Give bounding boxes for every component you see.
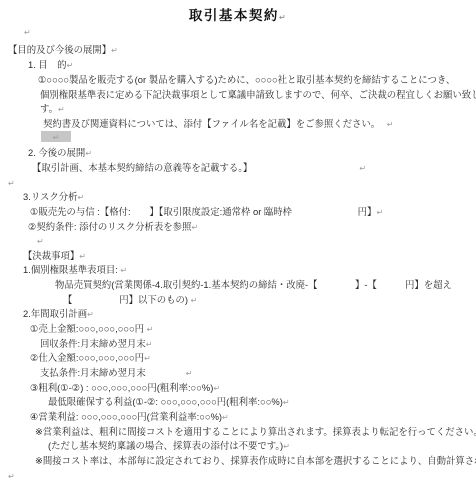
doc-line: ※営業利益は、粗利に間接コストを適用することにより算出されます。採算表より転記を…	[35, 426, 476, 439]
doc-line-text: (ただし基本契約稟議の場合、採算表の添付は不要です。)	[48, 440, 283, 451]
doc-line: ②仕入金額:○○○,○○○,○○○円↵	[30, 352, 151, 365]
page-title-text: 取引基本契約	[189, 8, 279, 23]
paragraph-mark-icon: ↵	[191, 223, 198, 232]
doc-line: 【 円】以下のもの) ↵	[63, 294, 197, 307]
doc-line-text: 【決裁事項】	[23, 250, 79, 261]
document-page: 取引基本契約↵ ↵ 【目的及び今後の展開】↵ 1. 目 的↵ ①○○○○製品を販…	[0, 0, 476, 479]
doc-line: 1.個別権限基準表項目: ↵	[23, 264, 127, 277]
paragraph-mark-icon: ↵	[120, 266, 127, 275]
doc-line: ①売上金額:○○○,○○○,○○○円 ↵	[30, 323, 153, 336]
doc-line-text: ※間接コスト率は、本部毎に設定されており、採算表作成時に自本部を選択することによ…	[35, 455, 476, 466]
highlighted-placeholder-field[interactable]: ↵	[41, 131, 71, 142]
doc-line-text: ④営業利益: ○○○,○○○,○○○円(営業利益率:○○%)	[30, 411, 222, 422]
paragraph-mark-icon: ↵	[144, 354, 151, 363]
doc-line: ↵	[37, 235, 44, 248]
doc-line-text: 回収条件:月末締め翌月末	[40, 338, 146, 349]
doc-line: す。↵	[40, 103, 65, 116]
paragraph-mark-icon: ↵	[8, 472, 15, 479]
doc-line: 物品売買契約(営業関係-4.取引契約-1.基本契約の締結・改廃-【 】-【 円】…	[55, 279, 452, 291]
doc-line: ④営業利益: ○○○,○○○,○○○円(営業利益率:○○%)↵	[30, 411, 229, 424]
doc-line-text: 物品売買契約(営業関係-4.取引契約-1.基本契約の締結・改廃-【 】-【 円】…	[55, 279, 452, 290]
paragraph-mark-icon: ↵	[222, 413, 229, 422]
doc-line-text: ①売上金額:○○○,○○○,○○○円	[30, 323, 147, 334]
paragraph-mark-icon: ↵	[67, 61, 74, 70]
doc-line: 2. 今後の展開↵	[28, 147, 92, 160]
paragraph-mark-icon: ↵	[58, 105, 65, 114]
paragraph-mark-icon: ↵	[186, 369, 193, 378]
doc-line: ※間接コスト率は、本部毎に設定されており、採算表作成時に自本部を選択することによ…	[35, 455, 476, 468]
doc-line-text: 【 円】以下のもの)	[63, 294, 191, 305]
doc-line: 回収条件:月末締め翌月末↵	[40, 338, 152, 351]
paragraph-mark-icon: ↵	[359, 164, 366, 173]
paragraph-mark-icon: ↵	[376, 208, 383, 217]
doc-line: ②契約条件: 添付のリスク分析表を参照↵	[28, 221, 198, 234]
doc-line-text: 1. 目 的	[28, 59, 67, 70]
doc-line: 【決裁事項】↵	[23, 250, 86, 263]
doc-line-text: 個別権限基準表に定める下記決裁事項として稟議申請致しますので、何卒、ご決裁の程宜…	[40, 89, 476, 100]
paragraph-mark-icon: ↵	[85, 149, 92, 158]
paragraph-mark-icon: ↵	[191, 296, 198, 305]
doc-line: ↵	[24, 26, 31, 39]
paragraph-mark-icon: ↵	[8, 179, 15, 188]
paragraph-mark-icon: ↵	[387, 120, 394, 129]
paragraph-mark-icon: ↵	[213, 384, 220, 393]
doc-line: ↵	[8, 177, 15, 190]
paragraph-mark-icon: ↵	[147, 325, 154, 334]
doc-line: 【取引計画、本基本契約締結の意義等を記載する。】↵	[32, 162, 366, 175]
doc-line-text: す。	[40, 103, 58, 114]
doc-line: 1. 目 的↵	[28, 59, 73, 72]
doc-line: 最低限確保する利益(①-②: ○○○,○○○,○○○円(粗利率:○○%)↵	[48, 396, 290, 409]
doc-line: ①販売先の与信 :【格付: 】【取引限度設定:通常枠 or 臨時枠 円】↵	[30, 206, 383, 219]
paragraph-mark-icon: ↵	[37, 237, 44, 246]
paragraph-mark-icon: ↵	[87, 310, 94, 319]
doc-line: 契約書及び関連資料については、添付【ファイル名を記載】をご参照ください。 ↵	[43, 118, 393, 131]
paragraph-mark-icon: ↵	[111, 46, 118, 55]
doc-line: (ただし基本契約稟議の場合、採算表の添付は不要です。)↵	[48, 440, 290, 453]
doc-line: ↵	[8, 470, 15, 479]
doc-line-text: ※営業利益は、粗利に間接コストを適用することにより算出されます。採算表より転記を…	[35, 426, 476, 437]
doc-line-text: ①販売先の与信 :【格付: 】【取引限度設定:通常枠 or 臨時枠 円】	[30, 206, 376, 217]
paragraph-mark-icon: ↵	[78, 193, 85, 202]
paragraph-mark-icon: ↵	[79, 252, 86, 261]
doc-line: 3.リスク分析↵	[23, 191, 84, 204]
doc-line: ③粗利(①-②) : ○○○,○○○,○○○円(粗利率:○○%)↵	[30, 382, 220, 395]
doc-line: 2.年間取引計画↵	[23, 308, 94, 321]
doc-line-text: 1.個別権限基準表項目:	[23, 264, 120, 275]
paragraph-mark-icon: ↵	[24, 28, 31, 37]
doc-line: 個別権限基準表に定める下記決裁事項として稟議申請致しますので、何卒、ご決裁の程宜…	[40, 89, 476, 101]
paragraph-mark-icon: ↵	[53, 133, 60, 142]
doc-line-text: 2.年間取引計画	[23, 308, 87, 319]
doc-line-text: 【取引計画、本基本契約締結の意義等を記載する。】	[32, 162, 252, 173]
doc-line-text: ②仕入金額:○○○,○○○,○○○円	[30, 352, 144, 363]
doc-line-text: ③粗利(①-②) : ○○○,○○○,○○○円(粗利率:○○%)	[30, 382, 213, 393]
doc-line-text: 【目的及び今後の展開】	[8, 44, 111, 55]
doc-line-text: 3.リスク分析	[23, 191, 78, 202]
doc-line: 支払条件:月末締め翌月末↵	[40, 367, 192, 380]
doc-line-text: 2. 今後の展開	[28, 147, 85, 158]
page-title: 取引基本契約↵	[0, 4, 476, 24]
paragraph-mark-icon: ↵	[283, 398, 290, 407]
doc-line: 【目的及び今後の展開】↵	[8, 44, 118, 57]
paragraph-mark-icon: ↵	[283, 442, 290, 451]
paragraph-mark-icon: ↵	[279, 13, 287, 22]
doc-line-text: ②契約条件: 添付のリスク分析表を参照	[28, 221, 191, 232]
paragraph-mark-icon: ↵	[146, 340, 153, 349]
doc-line: ↵	[41, 130, 71, 142]
doc-line-text: 支払条件:月末締め翌月末	[40, 367, 146, 378]
doc-line-text: 最低限確保する利益(①-②: ○○○,○○○,○○○円(粗利率:○○%)	[48, 396, 283, 407]
doc-line: ①○○○○製品を販売する(or 製品を購入する)ために、○○○○社と取引基本契約…	[38, 74, 455, 86]
doc-line-text: ①○○○○製品を販売する(or 製品を購入する)ために、○○○○社と取引基本契約…	[38, 74, 455, 85]
doc-line-text: 契約書及び関連資料については、添付【ファイル名を記載】をご参照ください。	[43, 118, 383, 129]
